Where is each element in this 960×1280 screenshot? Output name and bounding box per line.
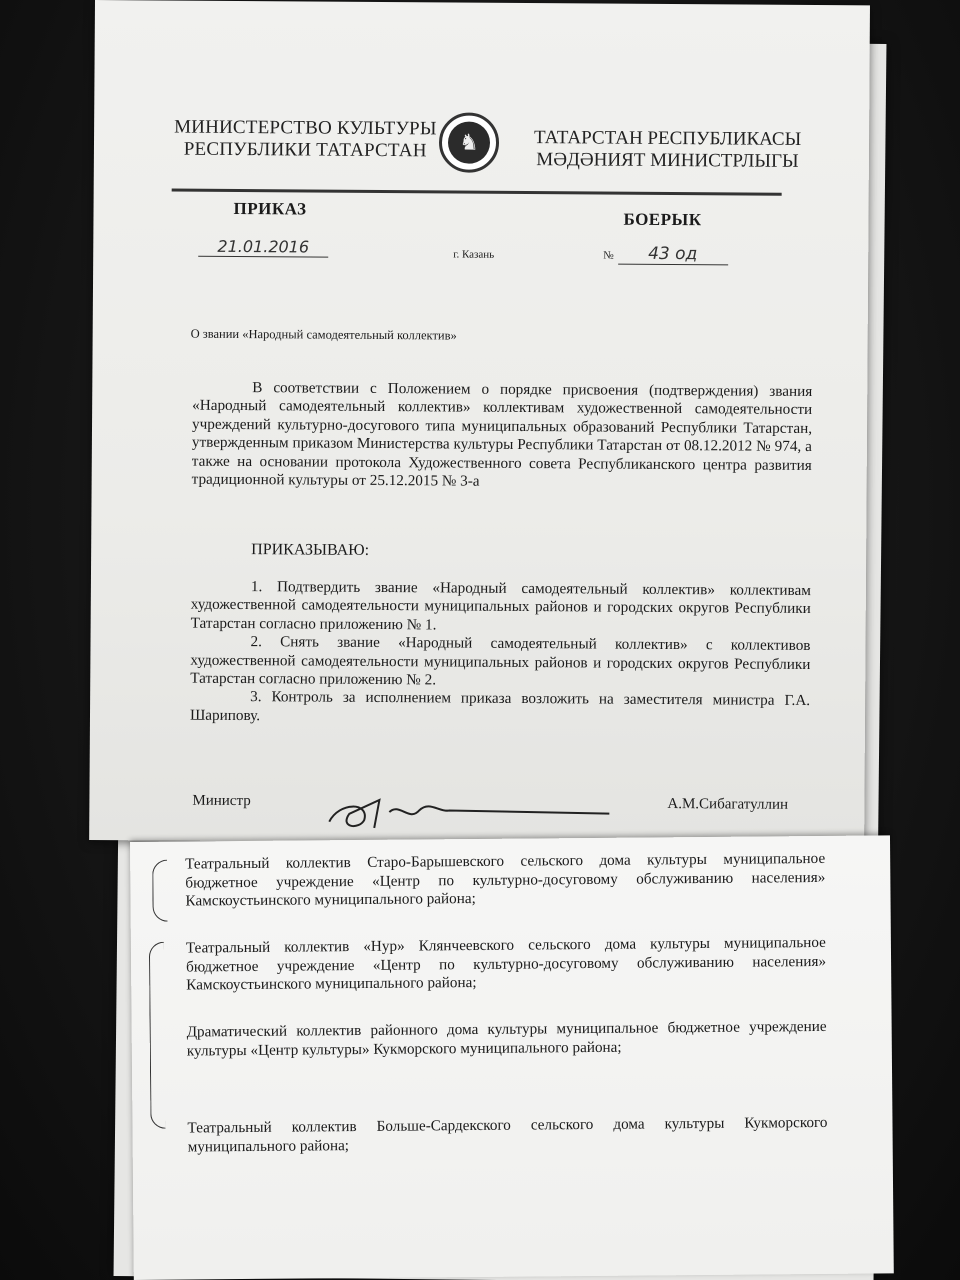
annex-entry: Драматический коллектив районного дома к…: [187, 1018, 827, 1061]
order-number-field: №43 од: [603, 244, 728, 266]
order-label-tt: БОЕРЫК: [623, 210, 701, 231]
ministry-tt-line2: МӘДӘНИЯТ МИНИСТРЛЫГЫ: [534, 149, 801, 173]
handwritten-brace-icon: [149, 942, 166, 1129]
order-city: г. Казань: [453, 249, 494, 261]
preamble: В соответствии с Положением о порядке пр…: [192, 379, 813, 494]
letterhead: МИНИСТЕРСТВО КУЛЬТУРЫ РЕСПУБЛИКИ ТАТАРСТ…: [94, 110, 870, 195]
order-page: МИНИСТЕРСТВО КУЛЬТУРЫ РЕСПУБЛИКИ ТАТАРСТ…: [89, 0, 870, 845]
order-subject: О звании «Народный самодеятельный коллек…: [191, 327, 457, 344]
annex-entry: Театральный коллектив Старо-Барышевского…: [185, 850, 825, 911]
handwritten-brace-icon: [152, 860, 168, 922]
order-item: 2. Снять звание «Народный самодеятельный…: [190, 633, 810, 693]
number-label: №: [603, 250, 614, 262]
order-items: 1. Подтвердить звание «Народный самодеят…: [190, 578, 811, 730]
order-item: 3. Контроль за исполнением приказа возло…: [190, 688, 810, 729]
order-label-ru: ПРИКАЗ: [233, 199, 306, 220]
ministry-name-ru: МИНИСТЕРСТВО КУЛЬТУРЫ РЕСПУБЛИКИ ТАТАРСТ…: [174, 117, 437, 163]
annex-page: Театральный коллектив Старо-Барышевского…: [130, 835, 894, 1280]
ministry-ru-line1: МИНИСТЕРСТВО КУЛЬТУРЫ: [174, 117, 437, 141]
emblem-leopard-icon: ♞: [448, 121, 490, 163]
ministry-name-tt: ТАТАРСТАН РЕСПУБЛИКАСЫ МӘДӘНИЯТ МИНИСТРЛ…: [534, 127, 801, 173]
order-item: 1. Подтвердить звание «Народный самодеят…: [191, 578, 811, 638]
tatarstan-emblem-icon: ♞: [439, 112, 499, 172]
handwritten-signature-icon: [319, 792, 619, 834]
annex-entry: Театральный коллектив Больше-Сардекского…: [187, 1114, 827, 1157]
signatory-title: Министр: [192, 793, 250, 810]
order-number: 43 од: [618, 244, 728, 266]
order-date: 21.01.2016: [198, 237, 328, 258]
annex-entry: Театральный коллектив «Нур» Клянчеевског…: [186, 934, 826, 995]
ministry-tt-line1: ТАТАРСТАН РЕСПУБЛИКАСЫ: [534, 127, 801, 151]
signatory-name: А.М.Сибагатуллин: [667, 796, 788, 814]
order-heading: ПРИКАЗЫВАЮ:: [251, 541, 369, 560]
ministry-ru-line2: РЕСПУБЛИКИ ТАТАРСТАН: [174, 139, 437, 163]
